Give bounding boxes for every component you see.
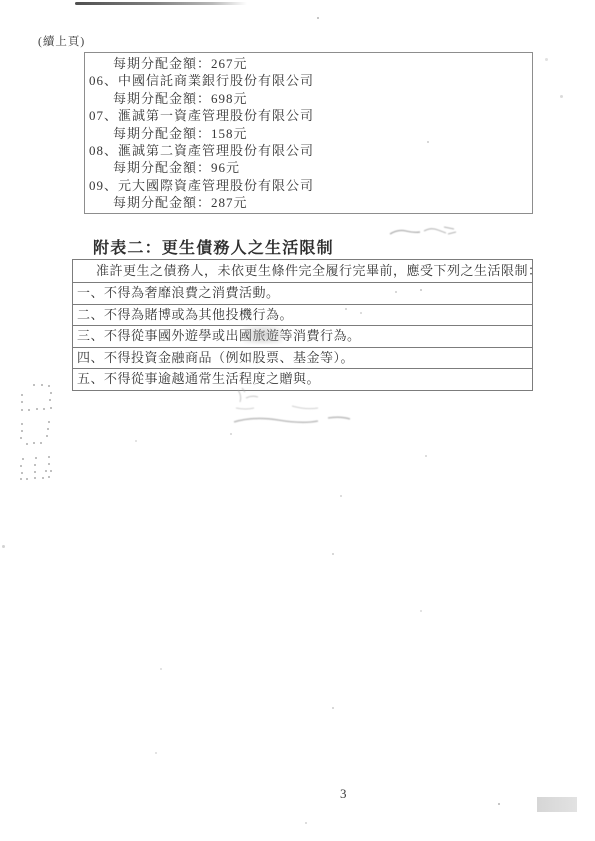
scan-noise-dot (20, 478, 22, 480)
distribution-line: 每期分配金額：267元 (85, 55, 532, 72)
life-restrictions-header: 准許更生之債務人，未依更生條件完全履行完畢前，應受下列之生活限制： (73, 260, 532, 283)
scan-noise-dot (20, 437, 22, 439)
scan-noise-dot (21, 409, 23, 411)
restriction-row: 一、不得為奢靡浪費之消費活動。 (73, 283, 532, 305)
scan-noise-dot (50, 470, 52, 472)
scan-speck (420, 610, 422, 612)
scan-noise-dot (48, 476, 50, 478)
scan-noise-dot (50, 407, 52, 409)
scan-noise-dot (21, 472, 23, 474)
scan-noise-dot (33, 442, 35, 444)
scan-noise-dot (43, 408, 45, 410)
scan-noise-dot (22, 458, 24, 460)
scan-noise-dot (28, 409, 30, 411)
scan-speck (420, 289, 422, 291)
scan-noise-dot (26, 478, 28, 480)
scan-speck (305, 822, 307, 824)
scan-speck (135, 440, 137, 442)
scan-speck (340, 495, 342, 497)
scan-noise-dot (34, 464, 36, 466)
scan-noise-dot (48, 456, 50, 458)
scan-noise-dot (33, 384, 35, 386)
scan-speck (345, 308, 347, 310)
scan-speck (332, 553, 334, 555)
scan-noise-dot (21, 423, 23, 425)
scan-noise-dot (47, 428, 49, 430)
distribution-line: 每期分配金額：96元 (85, 159, 532, 176)
scan-noise-dot (45, 470, 47, 472)
scan-noise-dot (48, 385, 50, 387)
distribution-line: 每期分配金額：158元 (85, 125, 532, 142)
scan-speck (155, 752, 157, 754)
scan-speck (427, 141, 429, 143)
page-number: 3 (340, 786, 347, 802)
scan-noise-dot (36, 408, 38, 410)
distribution-line: 08、滙誠第二資產管理股份有限公司 (85, 142, 532, 159)
scan-noise-dot (48, 463, 50, 465)
scan-speck (560, 95, 563, 98)
scan-noise-dot (35, 457, 37, 459)
scan-artifact-top-line (75, 2, 247, 5)
scan-noise-dot (21, 430, 23, 432)
scan-speck (317, 17, 319, 19)
scan-smudge-below-table (232, 384, 364, 428)
scan-speck (498, 803, 500, 805)
scan-speck (395, 291, 397, 293)
distribution-line: 07、滙誠第一資產管理股份有限公司 (85, 107, 532, 124)
scan-noise-dot (26, 443, 28, 445)
scan-artifact-gray-block (537, 797, 577, 812)
scan-noise-dot (50, 392, 52, 394)
restriction-row: 二、不得為賭博或為其他投機行為。 (73, 305, 532, 327)
scan-noise-dot (20, 465, 22, 467)
distribution-line: 每期分配金額：287元 (85, 194, 532, 211)
distribution-line: 09、元大國際資產管理股份有限公司 (85, 177, 532, 194)
scan-noise-dot (42, 477, 44, 479)
scan-noise-dot (46, 435, 48, 437)
restriction-row: 三、不得從事國外遊學或出國旅遊等消費行為。 (73, 326, 532, 348)
scan-speck (230, 433, 232, 435)
scan-speck (332, 707, 334, 709)
scan-speck (425, 455, 427, 457)
scan-noise-dot (48, 421, 50, 423)
appendix-two-title: 附表二：更生債務人之生活限制 (93, 235, 334, 258)
scan-speck (545, 58, 548, 61)
scan-noise-dot (34, 477, 36, 479)
distribution-table: 每期分配金額：267元 06、中國信託商業銀行股份有限公司 每期分配金額：698… (84, 52, 533, 214)
scan-speck (2, 545, 5, 548)
scan-noise-dot (21, 394, 23, 396)
distribution-line: 每期分配金額：698元 (85, 90, 532, 107)
restriction-row: 四、不得投資金融商品（例如股票、基金等）。 (73, 348, 532, 370)
scan-noise-dot (41, 384, 43, 386)
scan-speck (160, 668, 162, 670)
distribution-line: 06、中國信託商業銀行股份有限公司 (85, 72, 532, 89)
scan-noise-dot (21, 401, 23, 403)
scan-noise-dot (49, 399, 51, 401)
scan-noise-dot (34, 471, 36, 473)
life-restrictions-table: 准許更生之債務人，未依更生條件完全履行完畢前，應受下列之生活限制： 一、不得為奢… (72, 259, 533, 391)
scan-noise-dot (40, 442, 42, 444)
continuation-note: (續上頁) (38, 33, 85, 49)
scan-smudge-near-title (386, 222, 462, 242)
scan-speck (360, 312, 362, 314)
scanned-document-page: { "document": { "continuation_note": "(續… (0, 0, 595, 841)
